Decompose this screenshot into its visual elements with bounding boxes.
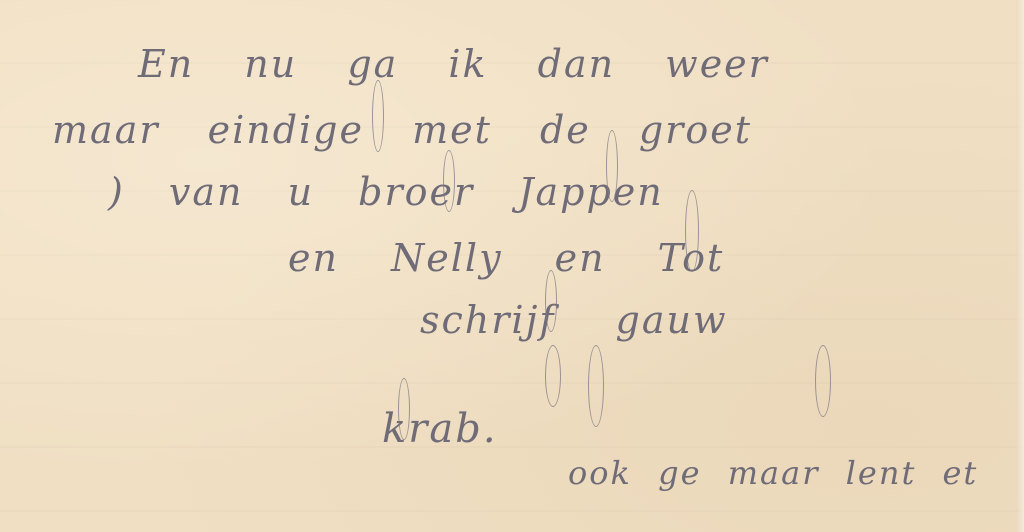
ascender-stroke [443, 150, 455, 212]
descender-stroke [545, 345, 561, 407]
descender-stroke [588, 345, 604, 427]
letter-page: En nu ga ik dan weer maar eindige met de… [0, 0, 1024, 532]
handwritten-line-2: maar eindige met de groet [52, 108, 752, 152]
handwritten-line-5: schrijf gauw [420, 298, 727, 342]
handwritten-line-4: en Nelly en Tot [288, 236, 724, 280]
descender-stroke [606, 130, 618, 202]
ascender-stroke [398, 378, 410, 440]
handwritten-line-7: ook ge maar lent et [568, 454, 978, 492]
descender-stroke [685, 190, 699, 272]
page-edge [1016, 0, 1024, 532]
handwritten-line-1: En nu ga ik dan weer [138, 42, 769, 86]
descender-stroke [815, 345, 831, 417]
descender-stroke [372, 80, 384, 152]
descender-stroke [545, 270, 557, 332]
handwritten-line-3: ) van u broer Jappen [108, 170, 664, 214]
